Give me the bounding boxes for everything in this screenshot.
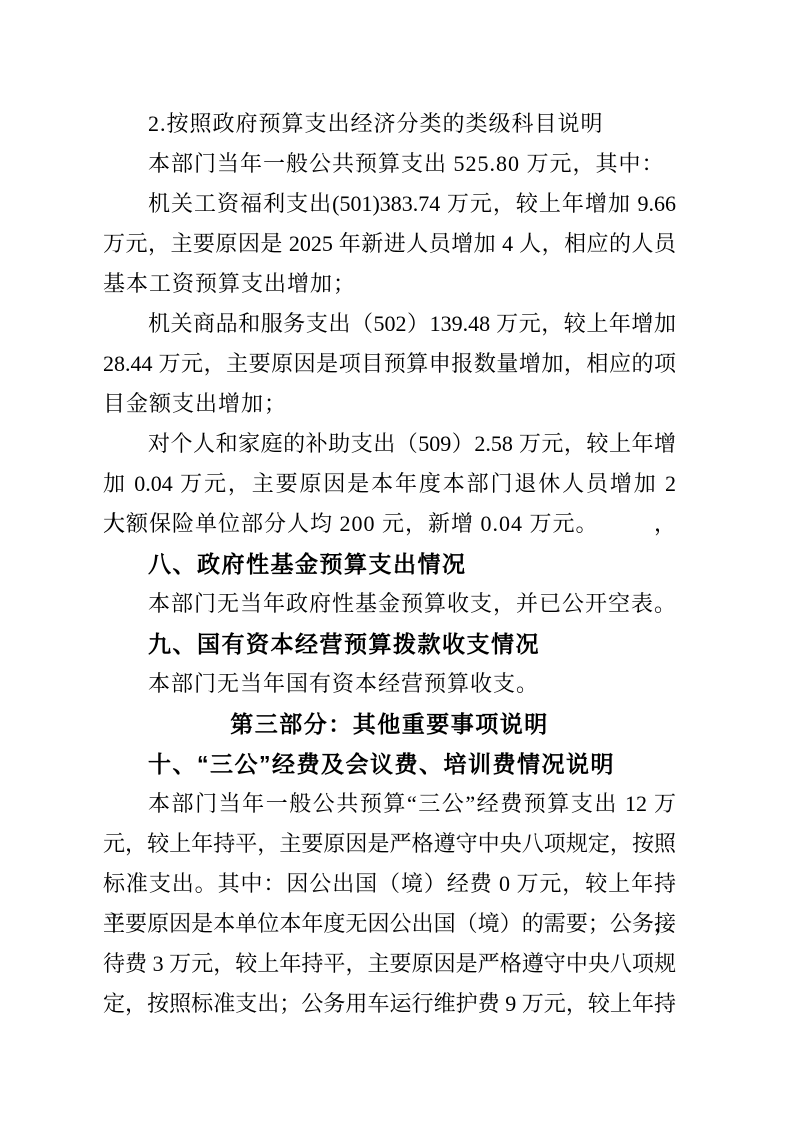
document-line: 元，较上年持平，主要原因是严格遵守中央八项规定，按照 (103, 824, 676, 864)
document-page: 2.按照政府预算支出经济分类的类级科目说明本部门当年一般公共预算支出 525.8… (0, 0, 793, 1122)
document-line: 加 0.04 万元，主要原因是本年度本部门退休人员增加 2 人， (103, 464, 676, 504)
document-line: 机关商品和服务支出（502）139.48 万元，较上年增加 (103, 304, 676, 344)
document-line: 本部门无当年政府性基金预算收支，并已公开空表。 (103, 584, 676, 624)
document-line: 待费 3 万元，较上年持平，主要原因是严格遵守中央八项规 (103, 944, 676, 984)
document-line: 2.按照政府预算支出经济分类的类级科目说明 (103, 104, 676, 144)
section-heading: 九、国有资本经营预算拨款收支情况 (103, 624, 676, 664)
section-heading: 八、政府性基金预算支出情况 (103, 544, 676, 584)
section-heading: 十、“三公”经费及会议费、培训费情况说明 (103, 744, 676, 784)
document-line: 本部门当年一般公共预算支出 525.80 万元，其中： (103, 144, 676, 184)
document-line: 对个人和家庭的补助支出（509）2.58 万元，较上年增 (103, 424, 676, 464)
part-heading: 第三部分：其他重要事项说明 (103, 704, 676, 744)
document-line: 本部门当年一般公共预算“三公”经费预算支出 12 万 (103, 784, 676, 824)
document-line: 目金额支出增加； (103, 384, 676, 424)
document-line: 基本工资预算支出增加； (103, 264, 676, 304)
document-line: 28.44 万元，主要原因是项目预算申报数量增加，相应的项 (103, 344, 676, 384)
document-body: 2.按照政府预算支出经济分类的类级科目说明本部门当年一般公共预算支出 525.8… (103, 104, 676, 1024)
document-line: 大额保险单位部分人均 200 元，新增 0.04 万元。 (103, 504, 676, 544)
document-line: 万元，主要原因是 2025 年新进人员增加 4 人，相应的人员 (103, 224, 676, 264)
document-line: 定，按照标准支出；公务用车运行维护费 9 万元，较上年持 (103, 984, 676, 1024)
document-line: 标准支出。其中：因公出国（境）经费 0 万元，较上年持平， (103, 864, 676, 904)
document-line: 机关工资福利支出(501)383.74 万元，较上年增加 9.66 (103, 184, 676, 224)
document-line: 本部门无当年国有资本经营预算收支。 (103, 664, 676, 704)
document-line: 主要原因是本单位本年度无因公出国（境）的需要；公务接 (103, 904, 676, 944)
